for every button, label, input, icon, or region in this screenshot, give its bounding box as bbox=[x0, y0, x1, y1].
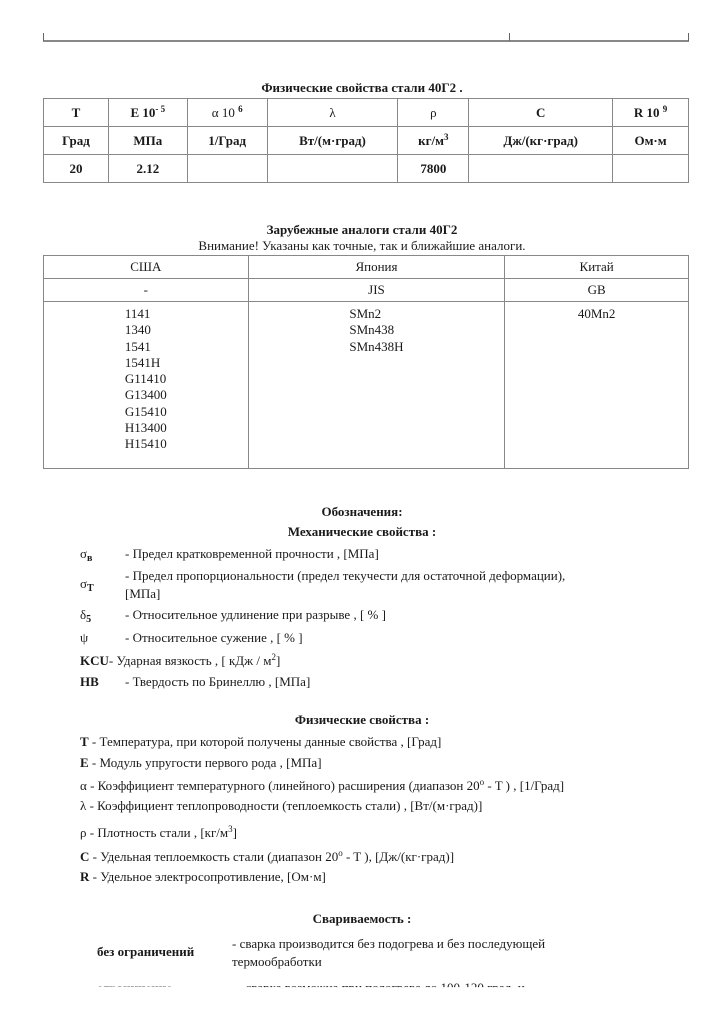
grade-item: H15410 bbox=[125, 436, 167, 452]
grade-item: G11410 bbox=[125, 371, 167, 387]
grade-item: 40Mn2 bbox=[578, 306, 616, 322]
unit-cell: МПа bbox=[108, 127, 187, 155]
value-cell bbox=[187, 155, 267, 183]
legend-item: E - Модуль упругости первого рода , [МПа… bbox=[80, 755, 322, 771]
grades-row: 1141134015411541HG11410G13400G15410H1340… bbox=[44, 302, 689, 469]
usa-grades: 1141134015411541HG11410G13400G15410H1340… bbox=[44, 302, 249, 469]
header-cell: ρ bbox=[398, 99, 469, 127]
standard-china: GB bbox=[505, 279, 689, 302]
value-cell bbox=[469, 155, 613, 183]
grade-item: SMn438 bbox=[349, 322, 403, 338]
header-cell: α 10 6 bbox=[187, 99, 267, 127]
standard-usa: - bbox=[44, 279, 249, 302]
phys-title: Физические свойства : bbox=[0, 712, 724, 728]
grade-item: G13400 bbox=[125, 387, 167, 403]
weldability-title: Свариваемость : bbox=[0, 911, 724, 927]
unit-cell: Град bbox=[44, 127, 109, 155]
legend-item: δ5- Относительное удлинение при разрыве … bbox=[80, 607, 386, 625]
weld-text: - сварка производится без подогрева и бе… bbox=[232, 935, 545, 971]
unit-cell: 1/Град bbox=[187, 127, 267, 155]
weld-label: ограниченно bbox=[97, 980, 173, 996]
grade-item: H13400 bbox=[125, 420, 167, 436]
analogs-table: США Япония Китай - JIS GB 11411340154115… bbox=[43, 255, 689, 469]
legend-item: ρ - Плотность стали , [кг/м3] bbox=[80, 824, 237, 841]
country-row: США Япония Китай bbox=[44, 256, 689, 279]
value-cell: 20 bbox=[44, 155, 109, 183]
table-row: 20 2.12 7800 bbox=[44, 155, 689, 183]
legend-item: R - Удельное электросопротивление, [Ом·м… bbox=[80, 869, 326, 885]
rule-tick bbox=[43, 33, 44, 41]
value-cell: 2.12 bbox=[108, 155, 187, 183]
legend-item: KCU- Ударная вязкость , [ кДж / м2] bbox=[80, 652, 280, 669]
unit-cell: кг/м3 bbox=[398, 127, 469, 155]
legend-title: Обозначения: bbox=[0, 504, 724, 520]
unit-cell: Вт/(м·град) bbox=[267, 127, 398, 155]
legend-item: λ - Коэффициент теплопроводности (теплое… bbox=[80, 798, 482, 814]
china-grades: 40Mn2 bbox=[505, 302, 689, 469]
grade-item: SMn438H bbox=[349, 339, 403, 355]
weld-text: - сварка возможна при подогреве до 100-1… bbox=[238, 979, 525, 997]
physical-table-title: Физические свойства стали 40Г2 . bbox=[0, 80, 724, 96]
header-cell: R 10 9 bbox=[613, 99, 689, 127]
rule-tick bbox=[688, 33, 689, 41]
country-japan: Япония bbox=[248, 256, 505, 279]
header-cell: λ bbox=[267, 99, 398, 127]
analogs-note: Внимание! Указаны как точные, так и ближ… bbox=[0, 238, 724, 254]
grade-item: G15410 bbox=[125, 404, 167, 420]
mech-title: Механические свойства : bbox=[0, 524, 724, 540]
header-cell: E 10- 5 bbox=[108, 99, 187, 127]
japan-grades: SMn2SMn438SMn438H bbox=[248, 302, 505, 469]
legend-item: C - Удельная теплоемкость стали (диапазо… bbox=[80, 848, 454, 865]
weld-label: без ограничений bbox=[97, 944, 194, 960]
page-top-rule bbox=[43, 40, 689, 42]
grade-item: SMn2 bbox=[349, 306, 403, 322]
table-units-row: Град МПа 1/Град Вт/(м·град) кг/м3 Дж/(кг… bbox=[44, 127, 689, 155]
country-usa: США bbox=[44, 256, 249, 279]
rule-tick bbox=[509, 33, 510, 41]
physical-properties-table: T E 10- 5 α 10 6 λ ρ C R 10 9 Град МПа 1… bbox=[43, 98, 689, 183]
value-cell bbox=[613, 155, 689, 183]
grade-item: 1541H bbox=[125, 355, 167, 371]
grade-item: 1541 bbox=[125, 339, 167, 355]
standard-japan: JIS bbox=[248, 279, 505, 302]
legend-item: α - Коэффициент температурного (линейног… bbox=[80, 777, 564, 794]
grade-item: 1340 bbox=[125, 322, 167, 338]
grade-item: 1141 bbox=[125, 306, 167, 322]
value-cell bbox=[267, 155, 398, 183]
legend-item: HB- Твердость по Бринеллю , [МПа] bbox=[80, 674, 310, 690]
legend-item: ψ- Относительное сужение , [ % ] bbox=[80, 630, 303, 646]
standard-row: - JIS GB bbox=[44, 279, 689, 302]
legend-item: σв- Предел кратковременной прочности , [… bbox=[80, 546, 379, 564]
legend-item: σT- Предел пропорциональности (предел те… bbox=[80, 568, 565, 602]
unit-cell: Ом·м bbox=[613, 127, 689, 155]
country-china: Китай bbox=[505, 256, 689, 279]
header-cell: C bbox=[469, 99, 613, 127]
legend-item: T - Температура, при которой получены да… bbox=[80, 734, 441, 750]
table-header-row: T E 10- 5 α 10 6 λ ρ C R 10 9 bbox=[44, 99, 689, 127]
header-cell: T bbox=[44, 99, 109, 127]
analogs-title: Зарубежные аналоги стали 40Г2 bbox=[0, 222, 724, 238]
value-cell: 7800 bbox=[398, 155, 469, 183]
unit-cell: Дж/(кг·град) bbox=[469, 127, 613, 155]
